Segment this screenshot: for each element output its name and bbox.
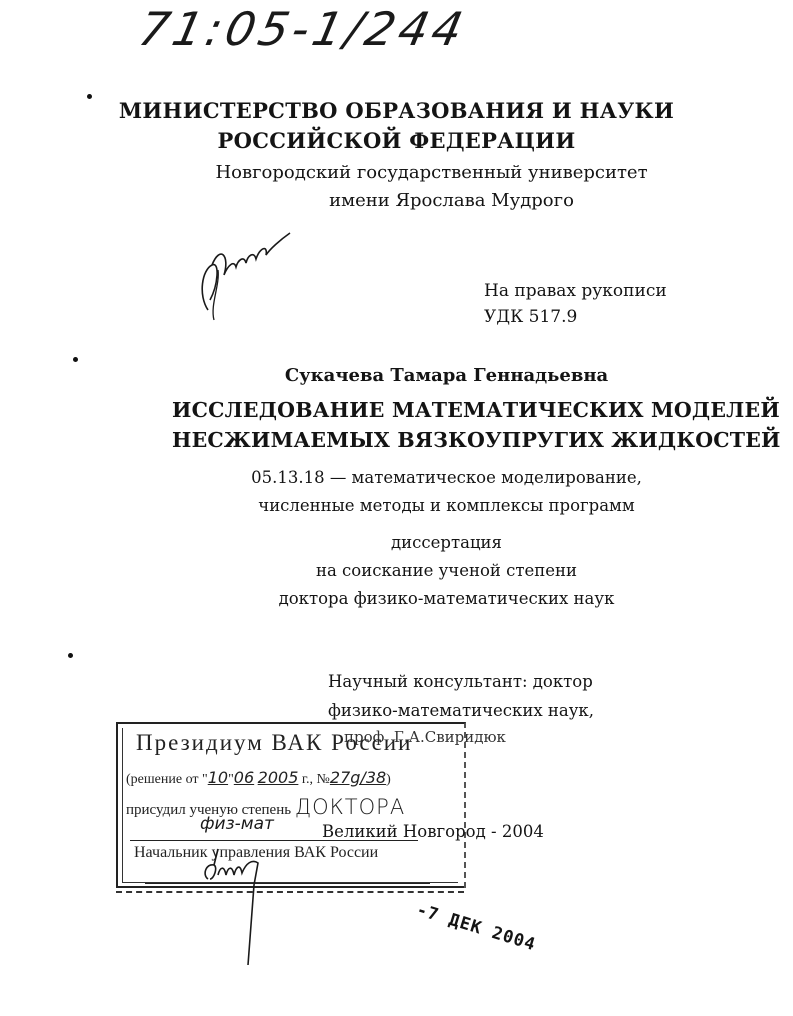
decision-number: 27g/38	[330, 768, 386, 787]
head-signature-icon	[200, 845, 280, 960]
vak-stamp-title: Президиум ВАК России	[136, 730, 412, 756]
title-line-2: НЕСЖИМАЕМЫХ ВЯЗКОУПРУГИХ ЖИДКОСТЕЙ	[172, 428, 712, 452]
awarded-degree: ДОКТОРА	[295, 795, 405, 819]
decision-prefix: (решение от "	[126, 772, 208, 787]
author-name: Сукачева Тамара Геннадьевна	[0, 365, 793, 386]
scan-speck	[68, 653, 73, 658]
specialty-line-1: 05.13.18 — математическое моделирование,	[0, 468, 793, 487]
ministry-line-1: МИНИСТЕРСТВО ОБРАЗОВАНИЯ И НАУКИ	[0, 98, 793, 123]
vak-stamp-sign-line	[145, 883, 430, 884]
university-line-2: имени Ярослава Мудрого	[55, 190, 793, 211]
manuscript-rights: На правах рукописи	[484, 281, 667, 301]
received-date-stamp: -7 ДЕК 2004	[414, 900, 538, 955]
ministry-line-2: РОССИЙСКОЙ ФЕДЕРАЦИИ	[0, 128, 793, 153]
advisor-line-2: физико-математических наук,	[328, 701, 594, 720]
dissertation-line-1: диссертация	[0, 533, 793, 552]
dissertation-line-2: на соискание ученой степени	[0, 561, 793, 580]
vak-stamp-bottom-rule	[116, 886, 464, 888]
scan-speck	[73, 357, 78, 362]
university-line-1: Новгородский государственный университет	[35, 162, 793, 183]
vak-stamp-decision: (решение от "10"06 2005 г., №27g/38)	[126, 768, 391, 788]
signature-icon	[190, 225, 300, 325]
dissertation-line-3: доктора физико-математических наук	[0, 589, 793, 608]
decision-month: 06	[234, 768, 254, 787]
decision-suffix: )	[386, 772, 391, 787]
decision-day: 10	[208, 768, 228, 787]
advisor-line-1: Научный консультант: доктор	[328, 672, 593, 691]
title-line-1: ИССЛЕДОВАНИЕ МАТЕМАТИЧЕСКИХ МОДЕЛЕЙ	[172, 398, 712, 422]
city-year: Великий Новгород - 2004	[322, 822, 544, 841]
udk-code: УДК 517.9	[484, 307, 577, 327]
decision-year: 2005	[258, 768, 299, 787]
vak-stamp-field: физ-мат	[200, 814, 274, 834]
decision-year-suffix: г., №	[298, 772, 330, 787]
specialty-line-2: численные методы и комплексы программ	[0, 496, 793, 515]
vak-stamp-bottom-rule-dashed	[116, 891, 464, 893]
archive-code: 71:05-1/244	[134, 2, 471, 56]
